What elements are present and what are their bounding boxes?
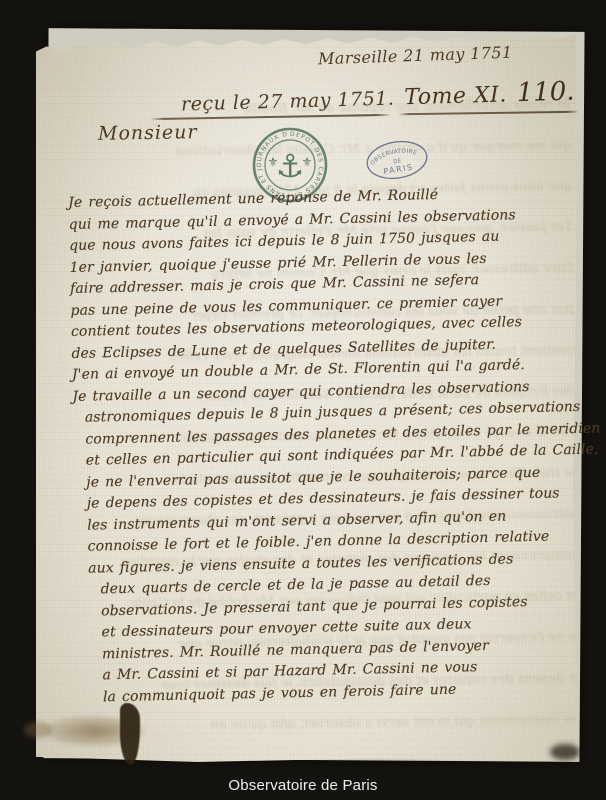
photo-stage: Je reçois actuellement une reponse de Mr… xyxy=(0,0,606,800)
folio-number: 110. xyxy=(516,77,575,109)
received-note: reçu le 27 may 1751. xyxy=(181,88,395,116)
anchor-icon: ⚓ xyxy=(276,147,305,185)
fleur-de-lis-right-icon: ⚜ xyxy=(302,155,313,169)
svg-text:PARIS: PARIS xyxy=(383,163,414,177)
letter-body: Je reçois actuellement une reponse de Mr… xyxy=(68,182,581,709)
salutation: Monsieur xyxy=(98,121,198,145)
tome-reference: Tome XI. xyxy=(404,82,507,110)
photo-caption: Observatoire de Paris xyxy=(0,777,606,794)
fleur-de-lis-left-icon: ⚜ xyxy=(268,155,279,169)
